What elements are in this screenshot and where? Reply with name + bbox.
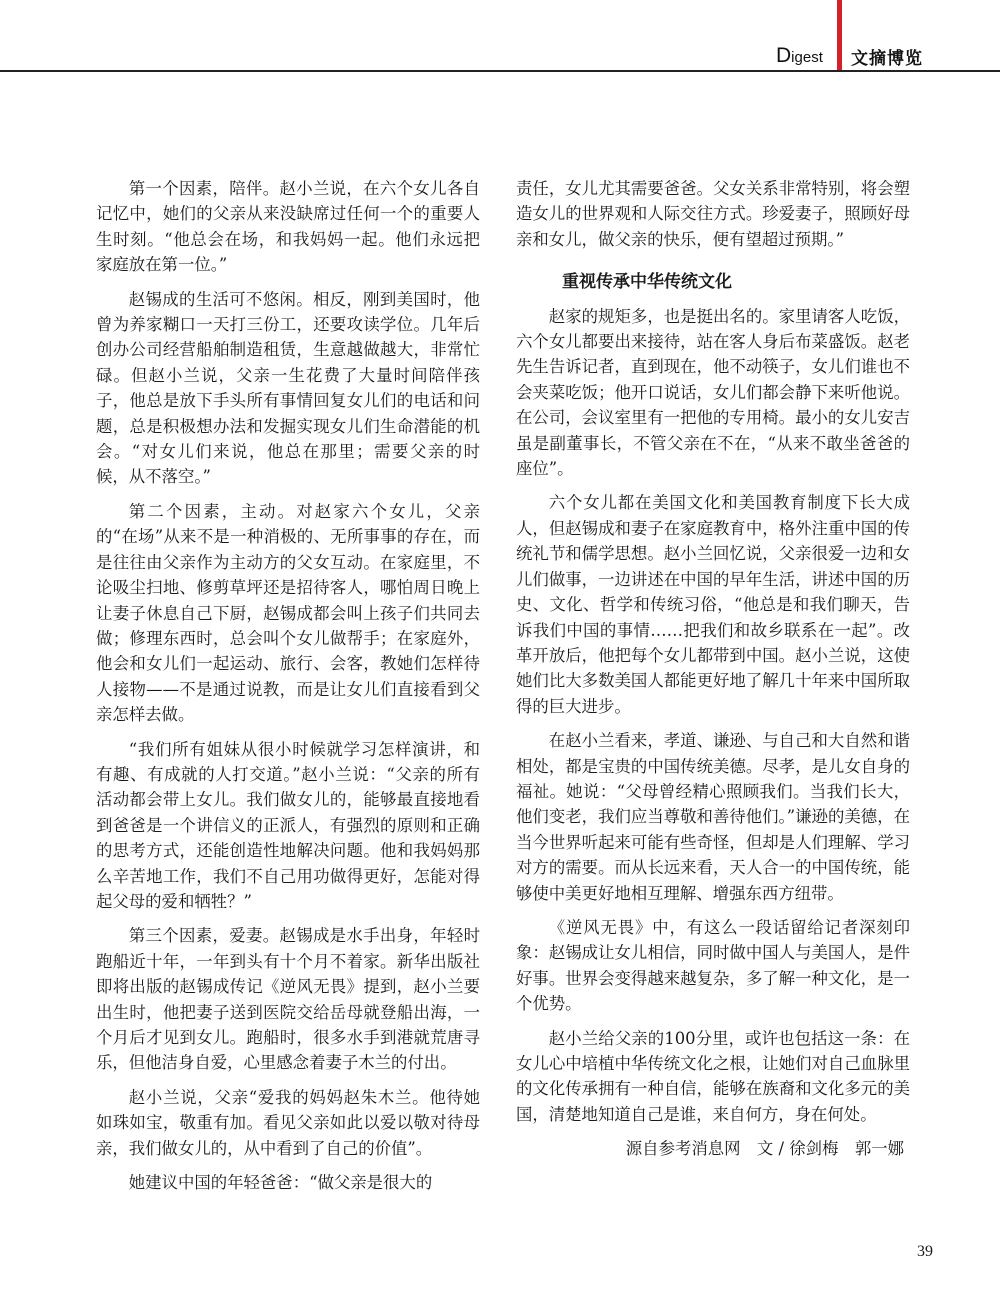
article-column-left: 第一个因素，陪伴。赵小兰说，在六个女儿各自记忆中，她们的父亲从来没缺席过任何一个… [96,176,480,1204]
paragraph: 在赵小兰看来，孝道、谦逊、与自己和大自然和谐相处，都是宝贵的中国传统美德。尽孝，… [516,728,910,906]
section-label-en: Digest [776,44,823,68]
paragraph: 赵家的规矩多，也是挺出名的。家里请客人吃饭，六个女儿都要出来接待，站在客人身后布… [516,304,910,482]
page-number: 39 [917,1243,933,1261]
section-heading: 重视传承中华传统文化 [562,270,910,295]
section-label-en-rest: igest [791,49,823,66]
paragraph: 六个女儿都在美国文化和美国教育制度下长大成人，但赵锡成和妻子在家庭教育中，格外注… [516,490,910,719]
paragraph: 赵锡成的生活可不悠闲。相反，刚到美国时，他曾为养家糊口一天打三份工，还要攻读学位… [96,287,480,490]
paragraph-continuation: 责任，女儿尤其需要爸爸。父女关系非常特别，将会塑造女儿的世界观和人际交往方式。珍… [516,176,910,252]
source-credit: 源自参考消息网 文 / 徐剑梅 郭一娜 [516,1136,910,1161]
paragraph: “我们所有姐妹从很小时候就学习怎样演讲，和有趣、有成就的人打交道。”赵小兰说：“… [96,737,480,915]
paragraph: 第一个因素，陪伴。赵小兰说，在六个女儿各自记忆中，她们的父亲从来没缺席过任何一个… [96,176,480,278]
section-label-cn: 文摘博览 [851,44,923,69]
article-column-right: 责任，女儿尤其需要爸爸。父女关系非常特别，将会塑造女儿的世界观和人际交往方式。珍… [516,176,910,1171]
header-rule [0,70,1000,72]
paragraph: 《逆风无畏》中，有这么一段话留给记者深刻印象：赵锡成让女儿相信，同时做中国人与美… [516,915,910,1017]
paragraph: 赵小兰给父亲的100分里，或许也包括这一条：在女儿心中培植中华传统文化之根，让她… [516,1026,910,1128]
paragraph: 第二个因素，主动。对赵家六个女儿，父亲的“在场”从来不是一种消极的、无所事事的存… [96,499,480,728]
paragraph: 第三个因素，爱妻。赵锡成是水手出身，年轻时跑船近十年，一年到头有十个月不着家。新… [96,923,480,1075]
paragraph: 她建议中国的年轻爸爸：“做父亲是很大的 [96,1170,480,1195]
paragraph: 赵小兰说，父亲“爱我的妈妈赵朱木兰。他待她如珠如宝，敬重有加。看见父亲如此以爱以… [96,1085,480,1161]
header-accent-bar [837,0,842,72]
section-label-en-initial: D [776,44,791,67]
